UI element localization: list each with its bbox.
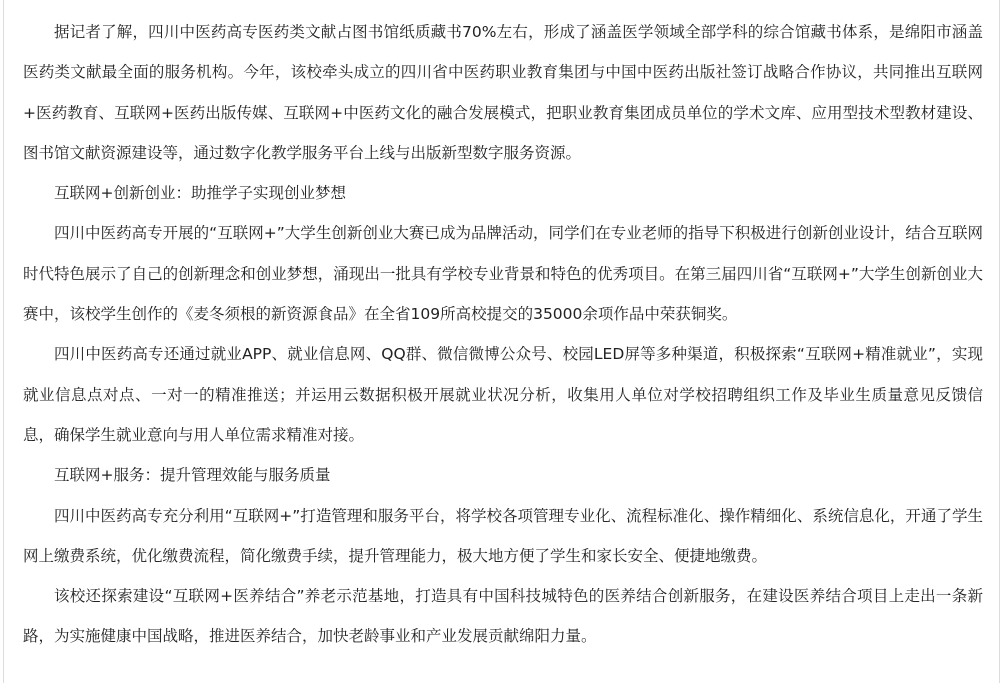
section-heading-innovation: 互联网+创新创业：助推学子实现创业梦想 — [23, 173, 983, 213]
article-body: 据记者了解，四川中医药高专医药类文献占图书馆纸质藏书70%左右，形成了涵盖医学领… — [23, 12, 983, 657]
paragraph-employment: 四川中医药高专还通过就业APP、就业信息网、QQ群、微信微博公众号、校园LED屏… — [23, 334, 983, 455]
section-heading-services: 互联网+服务：提升管理效能与服务质量 — [23, 455, 983, 495]
paragraph-elderly-care: 该校还探索建设“互联网+医养结合”养老示范基地，打造具有中国科技城特色的医养结合… — [23, 576, 983, 657]
paragraph-library-resources: 据记者了解，四川中医药高专医药类文献占图书馆纸质藏书70%左右，形成了涵盖医学领… — [23, 12, 983, 173]
paragraph-innovation-contest: 四川中医药高专开展的“互联网+”大学生创新创业大赛已成为品牌活动，同学们在专业老… — [23, 213, 983, 334]
paragraph-management-platform: 四川中医药高专充分利用“互联网+”打造管理和服务平台，将学校各项管理专业化、流程… — [23, 496, 983, 577]
